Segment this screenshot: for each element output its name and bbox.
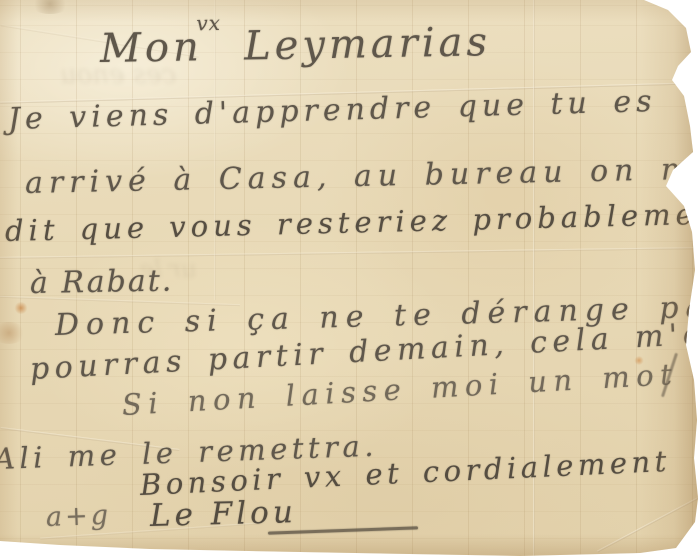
- worn-edge-shading: [0, 0, 700, 560]
- scanned-letter-image: ces enou ur le Monvx Leymarias Je viens …: [0, 0, 700, 560]
- paper-sheet: ces enou ur le Monvx Leymarias Je viens …: [0, 0, 700, 560]
